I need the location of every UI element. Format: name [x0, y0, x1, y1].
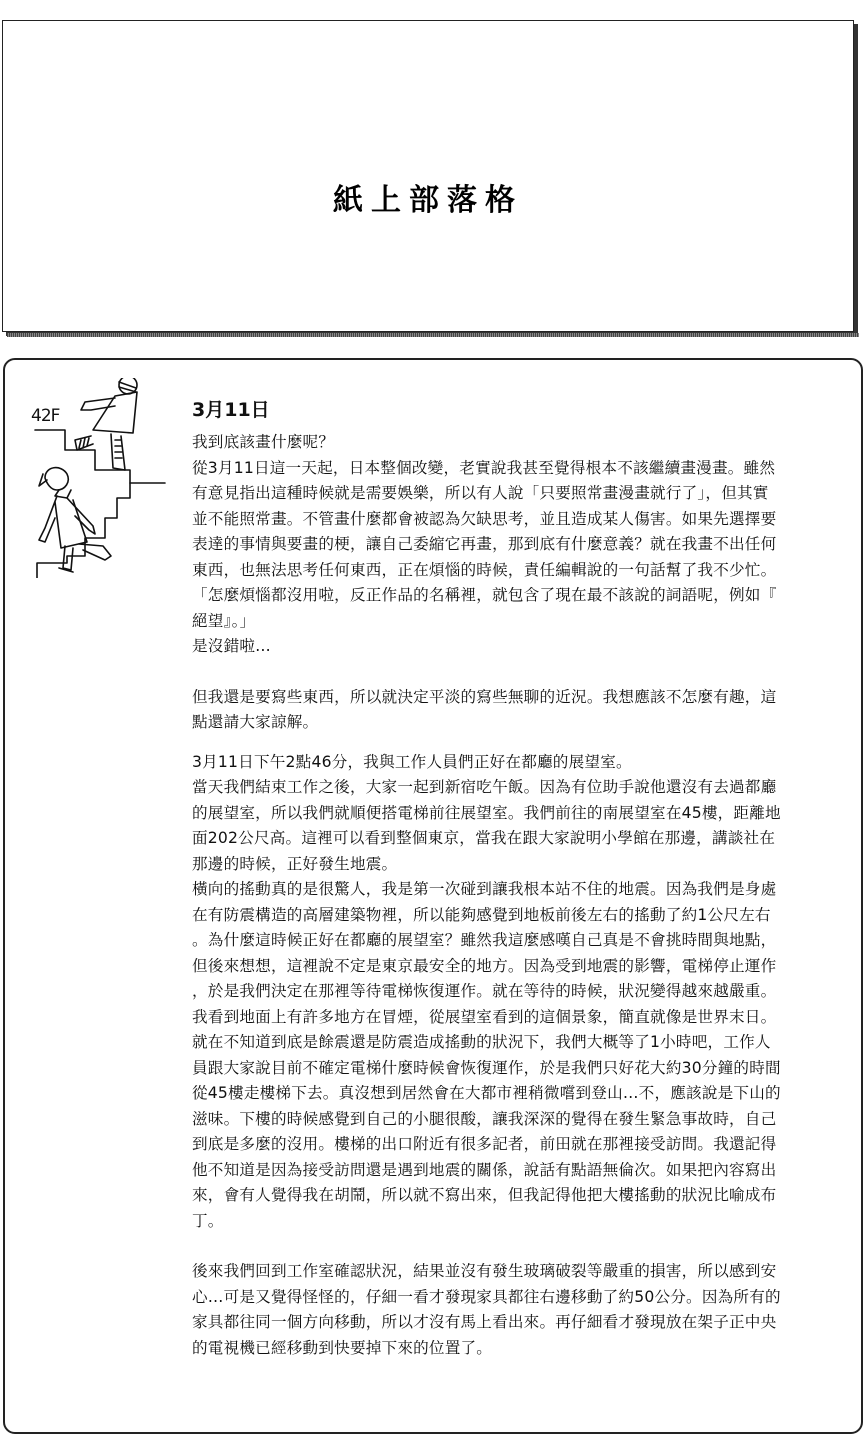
- post-paragraph-2: 但我還是要寫些東西，所以就決定平淡的寫些無聊的近況。我想應該不怎麼有趣，這 點還…: [192, 685, 842, 736]
- post-paragraph-4: 後來我們回到工作室確認狀況，結果並沒有發生玻璃破裂等嚴重的損害，所以感到安 心……: [192, 1259, 842, 1361]
- stairs-illustration: 42F: [15, 378, 175, 578]
- paragraph-gap: [192, 736, 842, 750]
- paragraph-gap: [192, 1234, 842, 1259]
- blog-post: 3月11日 我到底該畫什麼呢？ 從3月11日這一天起，日本整個改變，老實說我甚至…: [192, 396, 842, 1361]
- blog-post-panel: 42F: [3, 358, 863, 1434]
- paragraph-gap: [192, 660, 842, 685]
- floor-label: 42F: [31, 406, 59, 426]
- post-paragraph-1: 我到底該畫什麼呢？ 從3月11日這一天起，日本整個改變，老實說我甚至覺得根本不該…: [192, 430, 842, 660]
- page-title: 紙上部落格: [3, 175, 853, 219]
- post-date: 3月11日: [192, 396, 842, 424]
- title-panel: 紙上部落格: [2, 20, 854, 332]
- post-paragraph-3: 3月11日下午2點46分，我與工作人員們正好在都廳的展望室。 當天我們結束工作之…: [192, 750, 842, 1235]
